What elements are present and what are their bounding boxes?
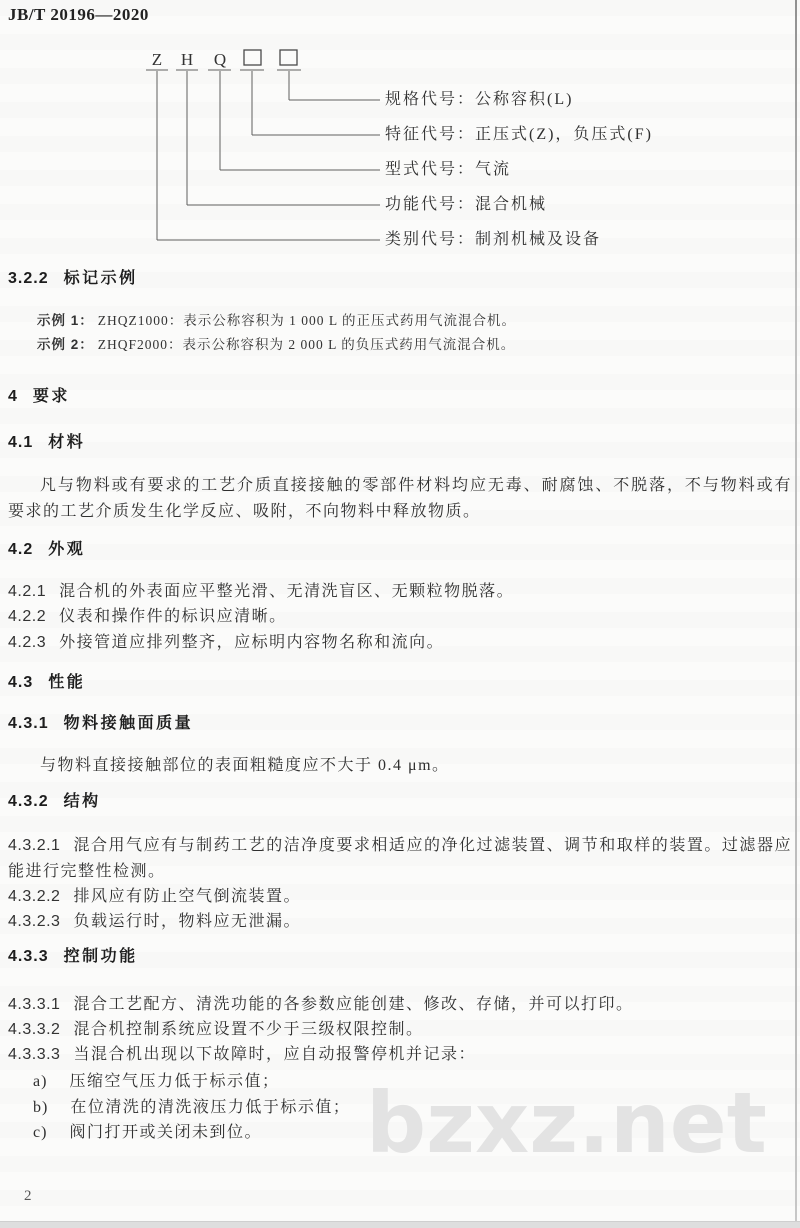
clause-text: 混合机的外表面应平整光滑、无清洗盲区、无颗粒物脱落。 — [59, 583, 514, 600]
clause-title: 要求 — [33, 388, 70, 405]
clause-number: 4.2.2 — [8, 608, 46, 625]
list-item-b: b)在位清洗的清洗液压力低于标示值； — [33, 1096, 350, 1120]
heading-4-1: 4.1材料 — [8, 432, 85, 454]
code-letter-h: H — [181, 50, 193, 69]
clause-4-3-3-1: 4.3.3.1混合工艺配方、清洗功能的各参数应能创建、修改、存储，并可以打印。 — [8, 993, 633, 1017]
clause-number: 4.3.2.3 — [8, 913, 60, 930]
heading-4-3-3: 4.3.3控制功能 — [8, 946, 138, 968]
paragraph-4-3-1: 与物料直接接触部位的表面粗糙度应不大于 0.4 μm。 — [8, 753, 792, 779]
clause-4-3-2-3: 4.3.2.3负载运行时，物料应无泄漏。 — [8, 910, 301, 934]
code-box-feature — [244, 50, 261, 65]
clause-number: 4.3.3 — [8, 948, 49, 965]
clause-text: 混合工艺配方、清洗功能的各参数应能创建、修改、存储，并可以打印。 — [73, 996, 633, 1013]
code-letter-z: Z — [152, 50, 162, 69]
code-box-spec — [280, 50, 297, 65]
list-item-a: a)压缩空气压力低于标示值； — [33, 1070, 279, 1094]
list-item-c: c)阀门打开或关闭未到位。 — [33, 1121, 262, 1145]
clause-number: 4.3.2.2 — [8, 888, 60, 905]
clause-number: 3.2.2 — [8, 270, 49, 287]
code-letter-q: Q — [214, 50, 226, 69]
heading-3-2-2: 3.2.2标记示例 — [8, 268, 138, 290]
clause-4-3-3-3: 4.3.3.3当混合机出现以下故障时，应自动报警停机并记录： — [8, 1043, 476, 1067]
list-marker: c) — [33, 1124, 47, 1141]
diagram-label-type: 型式代号：气流 — [385, 160, 511, 180]
clause-title: 材料 — [48, 434, 85, 451]
clause-number: 4.3.3.3 — [8, 1046, 60, 1063]
clause-number: 4.3.3.2 — [8, 1021, 60, 1038]
clause-4-2-1: 4.2.1混合机的外表面应平整光滑、无清洗盲区、无颗粒物脱落。 — [8, 580, 514, 604]
clause-title: 控制功能 — [64, 948, 138, 965]
list-marker: b) — [33, 1099, 48, 1116]
clause-number: 4.3.2 — [8, 793, 49, 810]
clause-4-3-2-2: 4.3.2.2排风应有防止空气倒流装置。 — [8, 885, 301, 909]
heading-4-3: 4.3性能 — [8, 672, 85, 694]
clause-text: 仪表和操作件的标识应清晰。 — [59, 608, 287, 625]
list-marker: a) — [33, 1073, 47, 1090]
watermark: bzxz.net — [366, 1078, 767, 1168]
clause-title: 标记示例 — [64, 270, 138, 287]
clause-4-2-3: 4.2.3外接管道应排列整齐，应标明内容物名称和流向。 — [8, 631, 444, 655]
diagram-connector-lines — [157, 71, 380, 240]
clause-number: 4.3.2.1 — [8, 837, 60, 854]
example-2: 示例 2：ZHQF2000：表示公称容积为 2 000 L 的负压式药用气流混合… — [37, 335, 515, 355]
clause-number: 4 — [8, 388, 18, 405]
clause-number: 4.3 — [8, 674, 33, 691]
clause-text: 当混合机出现以下故障时，应自动报警停机并记录： — [73, 1046, 476, 1063]
page-number: 2 — [24, 1188, 32, 1205]
clause-number: 4.2 — [8, 541, 33, 558]
clause-4-3-3-2: 4.3.3.2混合机控制系统应设置不少于三级权限控制。 — [8, 1018, 423, 1042]
paragraph-4-1: 凡与物料或有要求的工艺介质直接接触的零部件材料均应无毒、耐腐蚀、不脱落，不与物料… — [8, 473, 792, 524]
clause-4-3-2-1: 4.3.2.1混合用气应有与制药工艺的洁净度要求相适应的净化过滤装置、调节和取样… — [8, 833, 792, 884]
clause-text: 外接管道应排列整齐，应标明内容物名称和流向。 — [59, 634, 444, 651]
clause-number: 4.3.3.1 — [8, 996, 60, 1013]
diagram-label-feature: 特征代号：正压式(Z)，负压式(F) — [385, 125, 653, 145]
clause-title: 结构 — [64, 793, 101, 810]
clause-text: 排风应有防止空气倒流装置。 — [73, 888, 301, 905]
clause-title: 外观 — [48, 541, 85, 558]
clause-number: 4.1 — [8, 434, 33, 451]
diagram-label-spec: 规格代号：公称容积(L) — [385, 90, 573, 110]
diagram-label-function: 功能代号：混合机械 — [385, 195, 547, 215]
diagram-label-category: 类别代号：制剂机械及设备 — [385, 230, 601, 250]
clause-text: 混合机控制系统应设置不少于三级权限控制。 — [73, 1021, 423, 1038]
example-label: 示例 1： — [37, 313, 94, 328]
list-text: 压缩空气压力低于标示值； — [69, 1073, 279, 1090]
clause-number: 4.2.3 — [8, 634, 46, 651]
clause-number: 4.2.1 — [8, 583, 46, 600]
clause-title: 性能 — [48, 674, 85, 691]
designation-diagram: Z H Q — [0, 40, 800, 250]
doc-code-header: JB/T 20196—2020 — [8, 5, 149, 25]
standard-document-page: bzxz.net JB/T 20196—2020 Z H Q — [0, 0, 800, 1228]
example-label: 示例 2： — [37, 337, 94, 352]
list-text: 阀门打开或关闭未到位。 — [69, 1124, 262, 1141]
heading-4-3-1: 4.3.1物料接触面质量 — [8, 713, 193, 735]
heading-4-3-2: 4.3.2结构 — [8, 791, 101, 813]
example-text: ZHQZ1000：表示公称容积为 1 000 L 的正压式药用气流混合机。 — [98, 313, 516, 328]
list-text: 在位清洗的清洗液压力低于标示值； — [70, 1099, 350, 1116]
example-text: ZHQF2000：表示公称容积为 2 000 L 的负压式药用气流混合机。 — [98, 337, 516, 352]
clause-number: 4.3.1 — [8, 715, 49, 732]
clause-text: 混合用气应有与制药工艺的洁净度要求相适应的净化过滤装置、调节和取样的装置。过滤器… — [8, 837, 792, 880]
example-1: 示例 1：ZHQZ1000：表示公称容积为 1 000 L 的正压式药用气流混合… — [37, 311, 516, 331]
heading-4: 4要求 — [8, 386, 70, 408]
scan-edge-bottom — [0, 1221, 800, 1228]
clause-text: 负载运行时，物料应无泄漏。 — [73, 913, 301, 930]
clause-4-2-2: 4.2.2仪表和操作件的标识应清晰。 — [8, 605, 287, 629]
clause-title: 物料接触面质量 — [64, 715, 194, 732]
heading-4-2: 4.2外观 — [8, 539, 85, 561]
